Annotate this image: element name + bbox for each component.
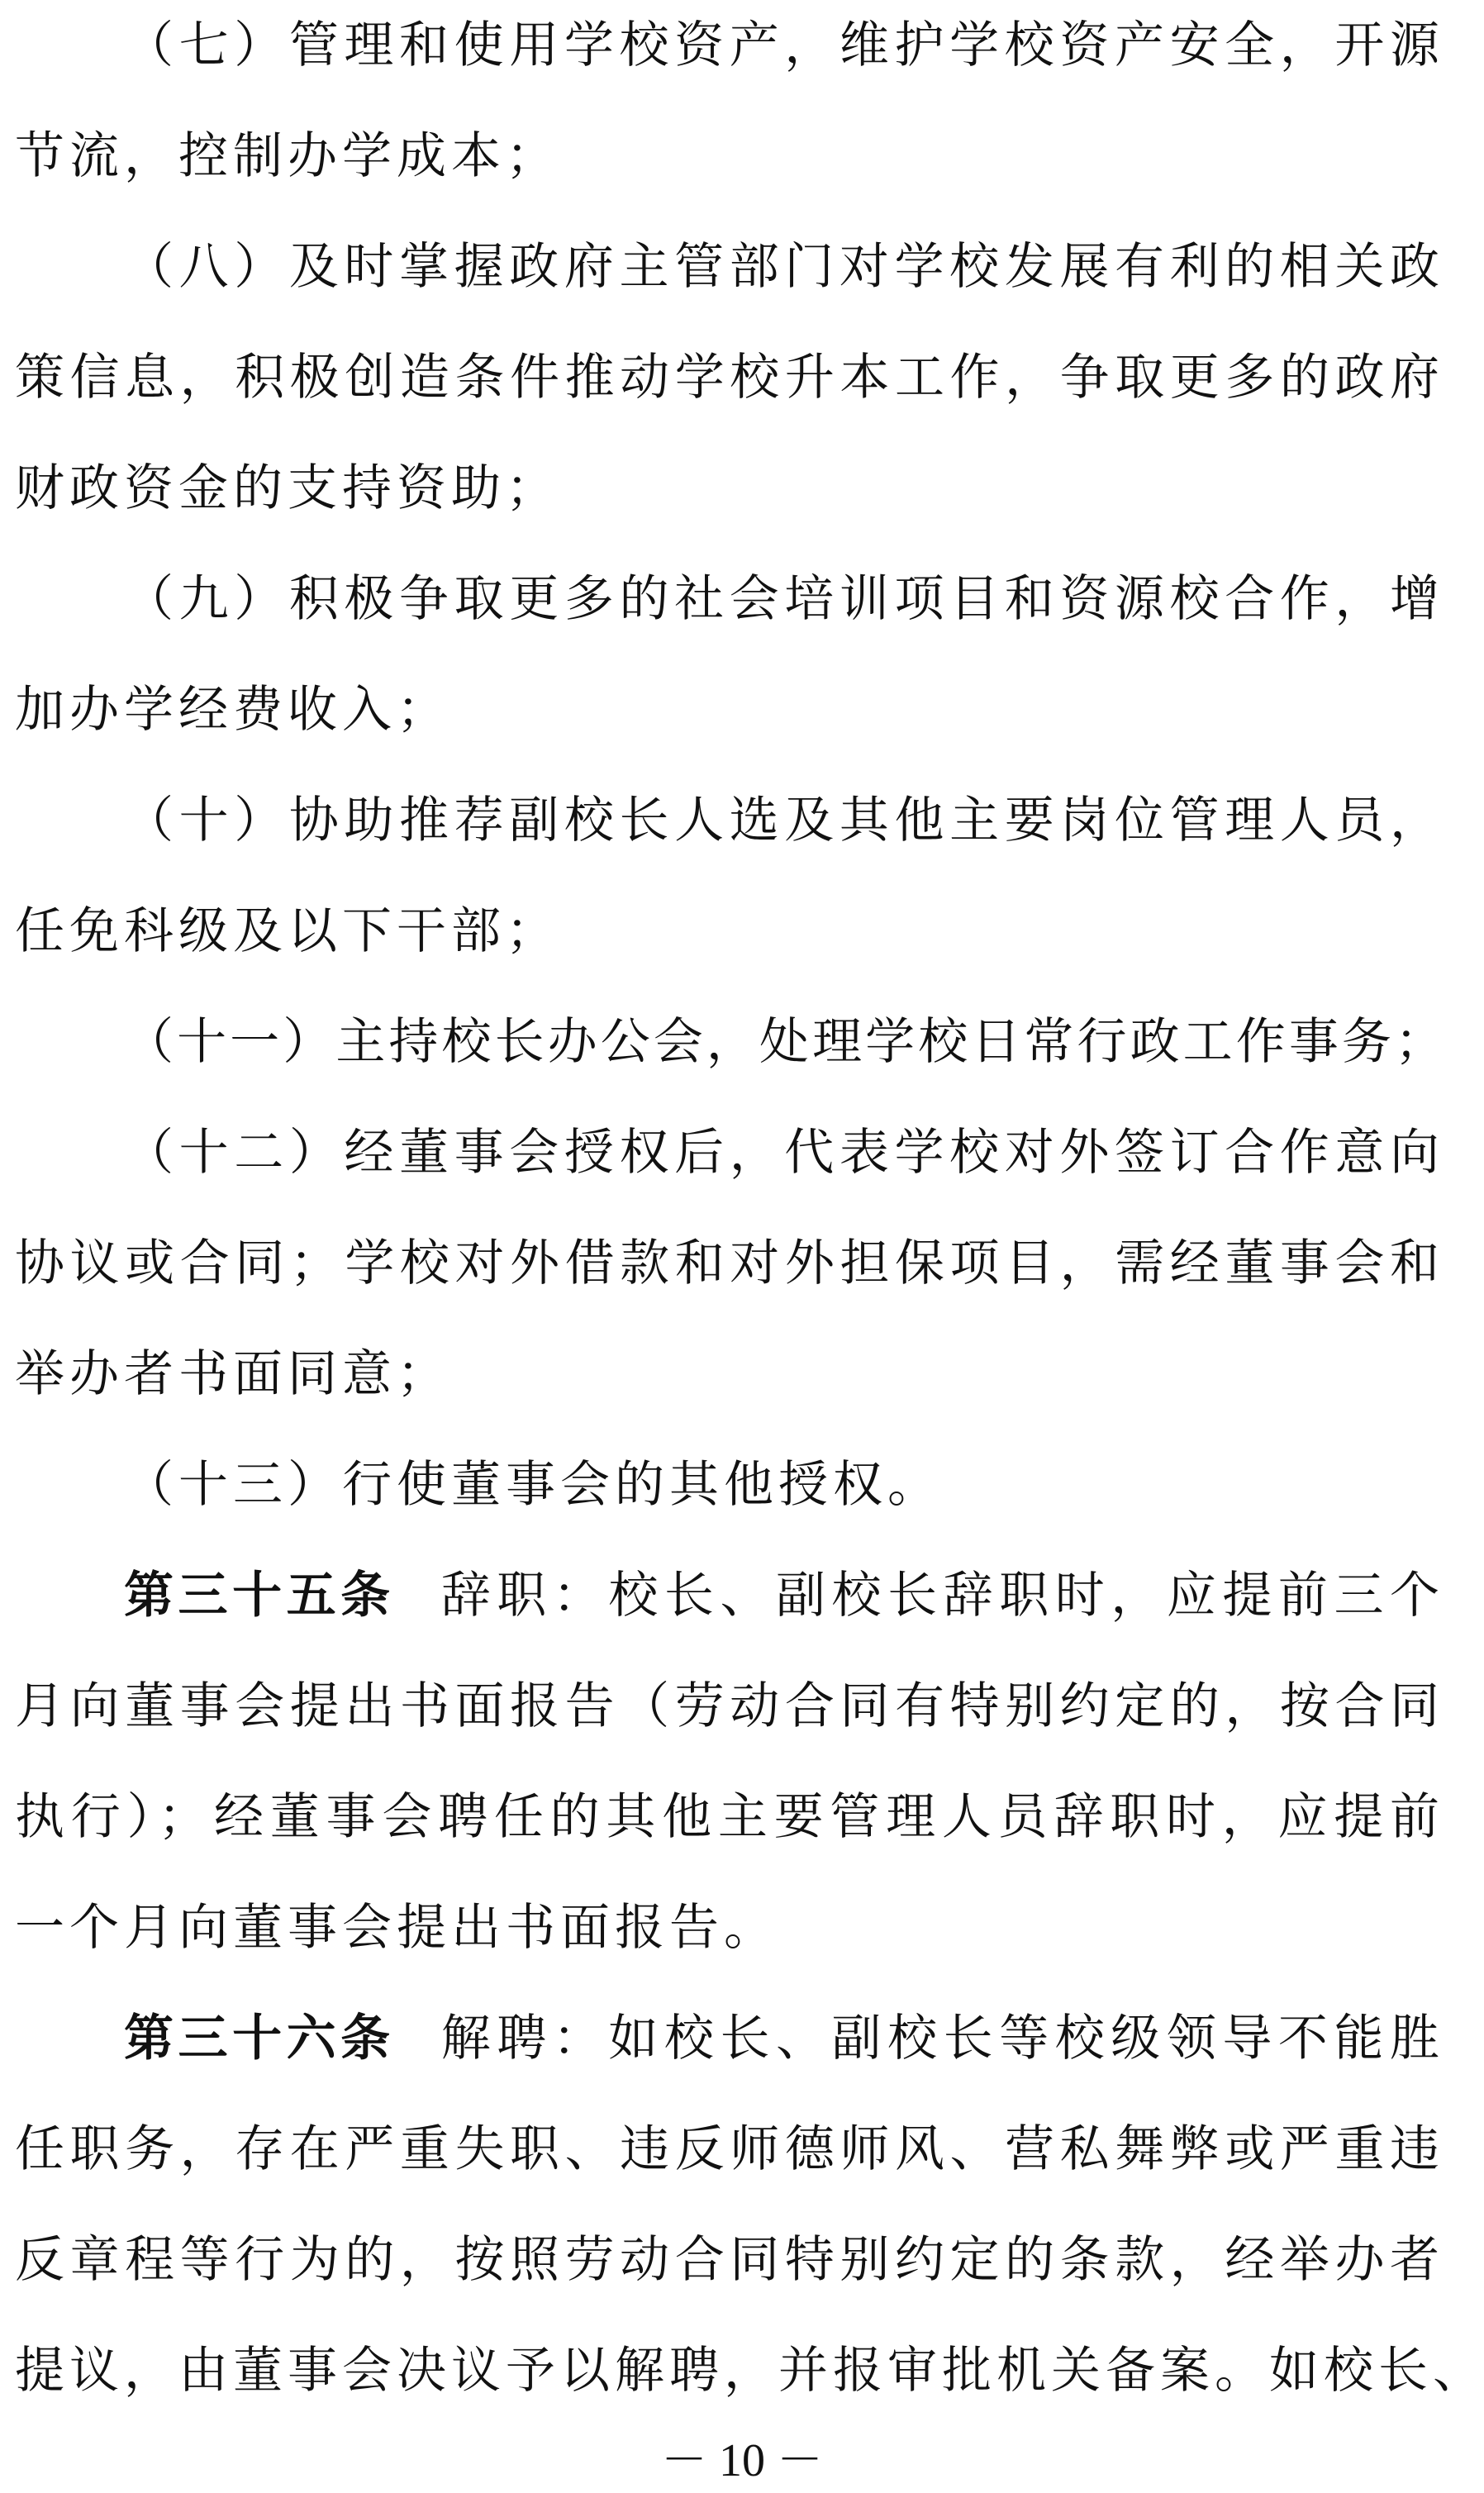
document-page: （七）管理和使用学校资产，维护学校资产安全，开源 节流，控制办学成本； （八）及… xyxy=(0,0,1484,2493)
paragraph-line: 节流，控制办学成本； xyxy=(15,121,1444,231)
article-36-line: 第三十六条解聘：如校长、副校长等校级领导不能胜 xyxy=(124,2003,1444,2114)
paragraph-line: （十三）行使董事会的其他授权。 xyxy=(124,1449,1444,1560)
line-text: 任职务，存在严重失职、违反师德师风、营私舞弊或严重违 xyxy=(15,2120,1444,2178)
paragraph-line: （十二）经董事会授权后，代表学校对外签订合作意向 xyxy=(124,1117,1444,1228)
paragraph-line: 协议或合同；学校对外借款和对外担保项目，需经董事会和 xyxy=(15,1228,1444,1339)
paragraph-line: 任免科级及以下干部； xyxy=(15,896,1444,1006)
paragraph-line: 策信息，积极创造条件推动学校升本工作，争取更多的政府 xyxy=(15,342,1444,453)
article-heading: 第三十六条 xyxy=(124,2010,395,2067)
line-text: （九）积极争取更多的社会培训项目和资源校合作，增 xyxy=(124,570,1444,628)
line-text: 举办者书面同意； xyxy=(15,1345,451,1403)
line-text: 提议，由董事会决议予以解聘，并报审批机关备案。如校长、 xyxy=(15,2342,1484,2400)
line-text: 策信息，积极创造条件推动学校升本工作，争取更多的政府 xyxy=(15,349,1444,407)
paragraph-line: （八）及时掌握政府主管部门对学校发展有利的相关政 xyxy=(124,231,1444,342)
paragraph-line: 举办者书面同意； xyxy=(15,1339,1444,1449)
line-text: （七）管理和使用学校资产，维护学校资产安全，开源 xyxy=(124,17,1444,74)
line-text: 解聘：如校长、副校长等校级领导不能胜 xyxy=(441,2010,1444,2067)
paragraph-line: （十）协助推荐副校长人选及其他主要岗位管理人员， xyxy=(124,785,1444,896)
paragraph-line: 执行）；经董事会聘任的其他主要管理人员辞职时，应提前 xyxy=(15,1782,1444,1892)
line-text: 财政资金的支持资助； xyxy=(15,459,560,517)
line-text: 节流，控制办学成本； xyxy=(15,127,560,185)
paragraph-line: 任职务，存在严重失职、违反师德师风、营私舞弊或严重违 xyxy=(15,2114,1444,2224)
line-text: （十）协助推荐副校长人选及其他主要岗位管理人员， xyxy=(124,792,1444,849)
paragraph-line: （九）积极争取更多的社会培训项目和资源校合作，增 xyxy=(124,564,1444,674)
line-text: （八）及时掌握政府主管部门对学校发展有利的相关政 xyxy=(124,238,1444,296)
paragraph-line: （十一）主持校长办公会，处理学校日常行政工作事务； xyxy=(124,1006,1444,1117)
paragraph-line: 月向董事会提出书面报告（劳动合同有特别约定的，按合同 xyxy=(15,1671,1444,1782)
article-heading: 第三十五条 xyxy=(124,1567,395,1625)
paragraph-line: 反章程等行为的，按照劳动合同特别约定的条款，经举办者 xyxy=(15,2224,1444,2335)
paragraph-line: 财政资金的支持资助； xyxy=(15,453,1444,564)
paragraph-line: 加办学经费收入； xyxy=(15,674,1444,785)
line-text: 加办学经费收入； xyxy=(15,681,451,739)
paragraph-line: （七）管理和使用学校资产，维护学校资产安全，开源 xyxy=(124,10,1444,121)
article-35-line: 第三十五条辞职：校长、副校长辞职时，应提前三个 xyxy=(124,1560,1444,1671)
paragraph-line: 一个月向董事会提出书面报告。 xyxy=(15,1892,1444,2003)
line-text: 反章程等行为的，按照劳动合同特别约定的条款，经举办者 xyxy=(15,2231,1444,2289)
line-text: （十一）主持校长办公会，处理学校日常行政工作事务； xyxy=(124,1013,1444,1071)
line-text: 一个月向董事会提出书面报告。 xyxy=(15,1899,778,1957)
line-text: 辞职：校长、副校长辞职时，应提前三个 xyxy=(441,1567,1444,1625)
page-number: － 10 － xyxy=(0,2438,1484,2484)
line-text: 协议或合同；学校对外借款和对外担保项目，需经董事会和 xyxy=(15,1235,1444,1292)
line-text: 任免科级及以下干部； xyxy=(15,902,560,960)
line-text: 执行）；经董事会聘任的其他主要管理人员辞职时，应提前 xyxy=(15,1788,1444,1846)
line-text: 月向董事会提出书面报告（劳动合同有特别约定的，按合同 xyxy=(15,1677,1444,1735)
line-text: （十二）经董事会授权后，代表学校对外签订合作意向 xyxy=(124,1124,1444,1182)
line-text: （十三）行使董事会的其他授权。 xyxy=(124,1456,942,1514)
paragraph-line: 提议，由董事会决议予以解聘，并报审批机关备案。如校长、 xyxy=(15,2335,1444,2446)
